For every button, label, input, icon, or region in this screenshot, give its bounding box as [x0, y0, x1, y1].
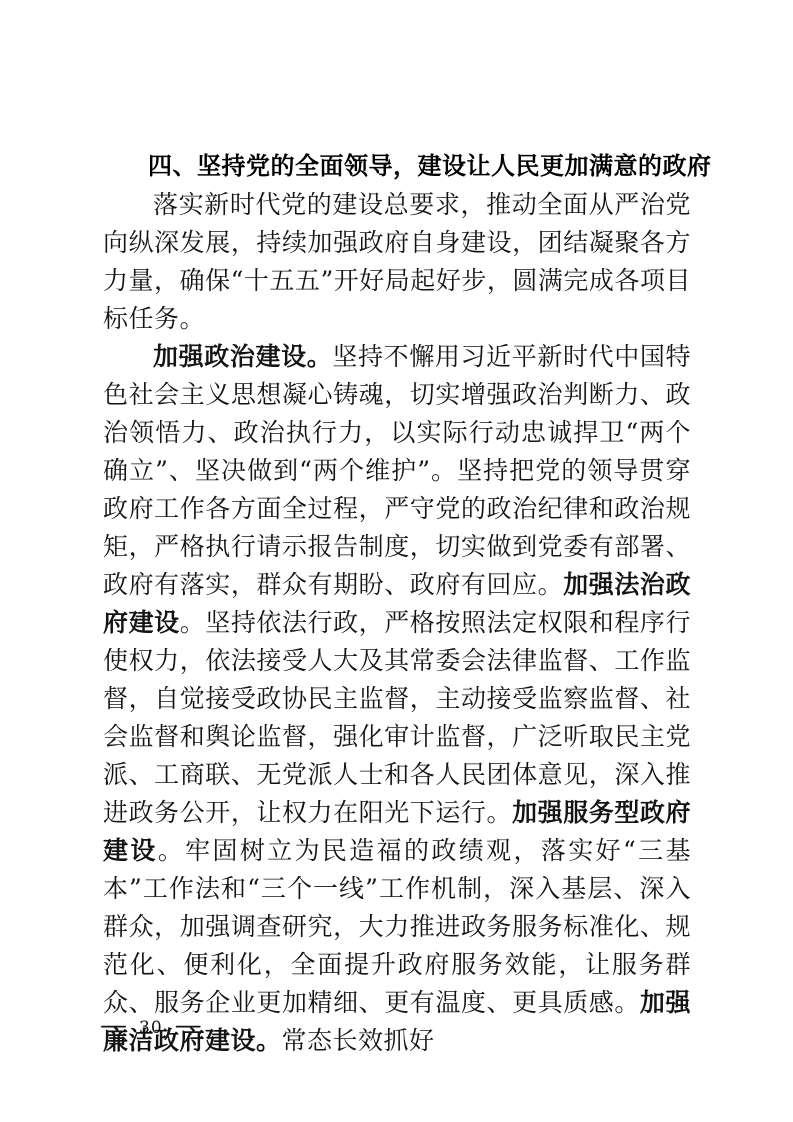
- paragraphs: 落实新时代党的建设总要求，推动全面从严治党向纵深发展，持续加强政府自身建设，团结…: [103, 186, 691, 1060]
- page-number: 30: [139, 1018, 163, 1038]
- paragraph: 加强政治建设。坚持不懈用习近平新时代中国特色社会主义思想凝心铸魂，切实增强政治判…: [103, 338, 691, 1060]
- footer-left-dash: —: [100, 1012, 127, 1039]
- document-content: 四、坚持党的全面领导，建设让人民更加满意的政府 落实新时代党的建设总要求，推动全…: [103, 146, 691, 1060]
- paragraph: 落实新时代党的建设总要求，推动全面从严治党向纵深发展，持续加强政府自身建设，团结…: [103, 186, 691, 338]
- body-text-run: 。牢固树立为民造福的政绩观，落实好“三基本”工作法和“三个一线”工作机制，深入基…: [103, 836, 691, 1017]
- section-heading: 四、坚持党的全面领导，建设让人民更加满意的政府: [103, 146, 691, 186]
- bold-subheading-run: 加强政治建设。: [153, 342, 332, 371]
- page-footer: — 30 —: [100, 1014, 202, 1041]
- document-page: 四、坚持党的全面领导，建设让人民更加满意的政府 落实新时代党的建设总要求，推动全…: [0, 0, 793, 1122]
- body-text-run: 落实新时代党的建设总要求，推动全面从严治党向纵深发展，持续加强政府自身建设，团结…: [103, 190, 691, 333]
- footer-right-dash: —: [175, 1012, 202, 1039]
- body-text-run: 常态长效抓好: [282, 1026, 435, 1055]
- body-text-run: 。坚持依法行政，严格按照法定权限和程序行使权力，依法接受人大及其常委会法律监督、…: [103, 608, 691, 827]
- body-text-run: 坚持不懈用习近平新时代中国特色社会主义思想凝心铸魂，切实增强政治判断力、政治领悟…: [103, 342, 691, 599]
